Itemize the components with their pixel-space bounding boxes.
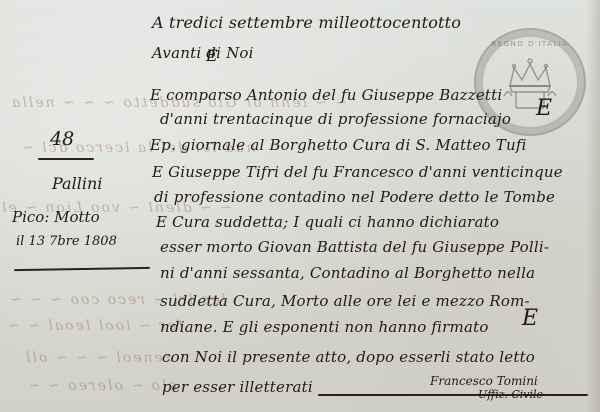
body-line: E comparso Antonio del fu Giuseppe Bazze… bbox=[150, 86, 502, 104]
margin-surname: Pallini bbox=[52, 174, 102, 193]
bleed-through-text: elo ~ olereo ~ ~ bbox=[26, 378, 177, 394]
margin-note-line1: Pico: Motto bbox=[12, 208, 100, 226]
page-edge-shadow bbox=[586, 0, 600, 412]
paraph-mark: E bbox=[536, 96, 552, 121]
body-line: Ep. giornale al Borghetto Cura di S. Mat… bbox=[150, 136, 527, 154]
body-line: con Noi il presente atto, dopo esserli s… bbox=[162, 348, 535, 366]
seal-label: REGNO D'ITALIA bbox=[476, 40, 584, 48]
body-line: ndiane. E gli esponenti non hanno firmat… bbox=[160, 318, 489, 336]
paraph-mark: E bbox=[206, 46, 218, 65]
margin-note-line2: il 13 7bre 1808 bbox=[16, 234, 117, 249]
body-line: E Cura suddetta; I quali ci hanno dichia… bbox=[156, 213, 499, 231]
record-number: 48 bbox=[50, 128, 74, 150]
body-line: Avanti di Noi bbox=[152, 44, 254, 62]
margin-rule-bottom bbox=[14, 267, 150, 271]
body-line: esser morto Giovan Battista del fu Giuse… bbox=[160, 238, 549, 256]
bleed-through-text: zeneol ~ ~ ~ oll bbox=[24, 350, 172, 366]
body-line: per esser illetterati bbox=[162, 378, 313, 396]
document-page: ~ ~ lenn or Gio suddetto ~ ~ ~ nella nua… bbox=[0, 0, 600, 412]
body-line: di professione contadino nel Podere dett… bbox=[154, 188, 555, 206]
body-line: E Giuseppe Tifri del fu Francesco d'anni… bbox=[152, 163, 563, 181]
body-line: A tredici settembre milleottocentotto bbox=[152, 13, 461, 32]
signature-title: Uffiz. Civile bbox=[478, 388, 543, 401]
body-line: d'anni trentacinque di professione forna… bbox=[160, 110, 511, 128]
body-line: ni d'anni sessanta, Contadino al Borghet… bbox=[160, 264, 535, 282]
signature-rule bbox=[318, 394, 588, 396]
signature-name: Francesco Tomini bbox=[430, 374, 538, 388]
paraph-mark: E bbox=[522, 306, 538, 331]
margin-rule bbox=[38, 158, 94, 160]
body-line: suddetta Cura, Morto alle ore lei e mezz… bbox=[160, 292, 530, 310]
